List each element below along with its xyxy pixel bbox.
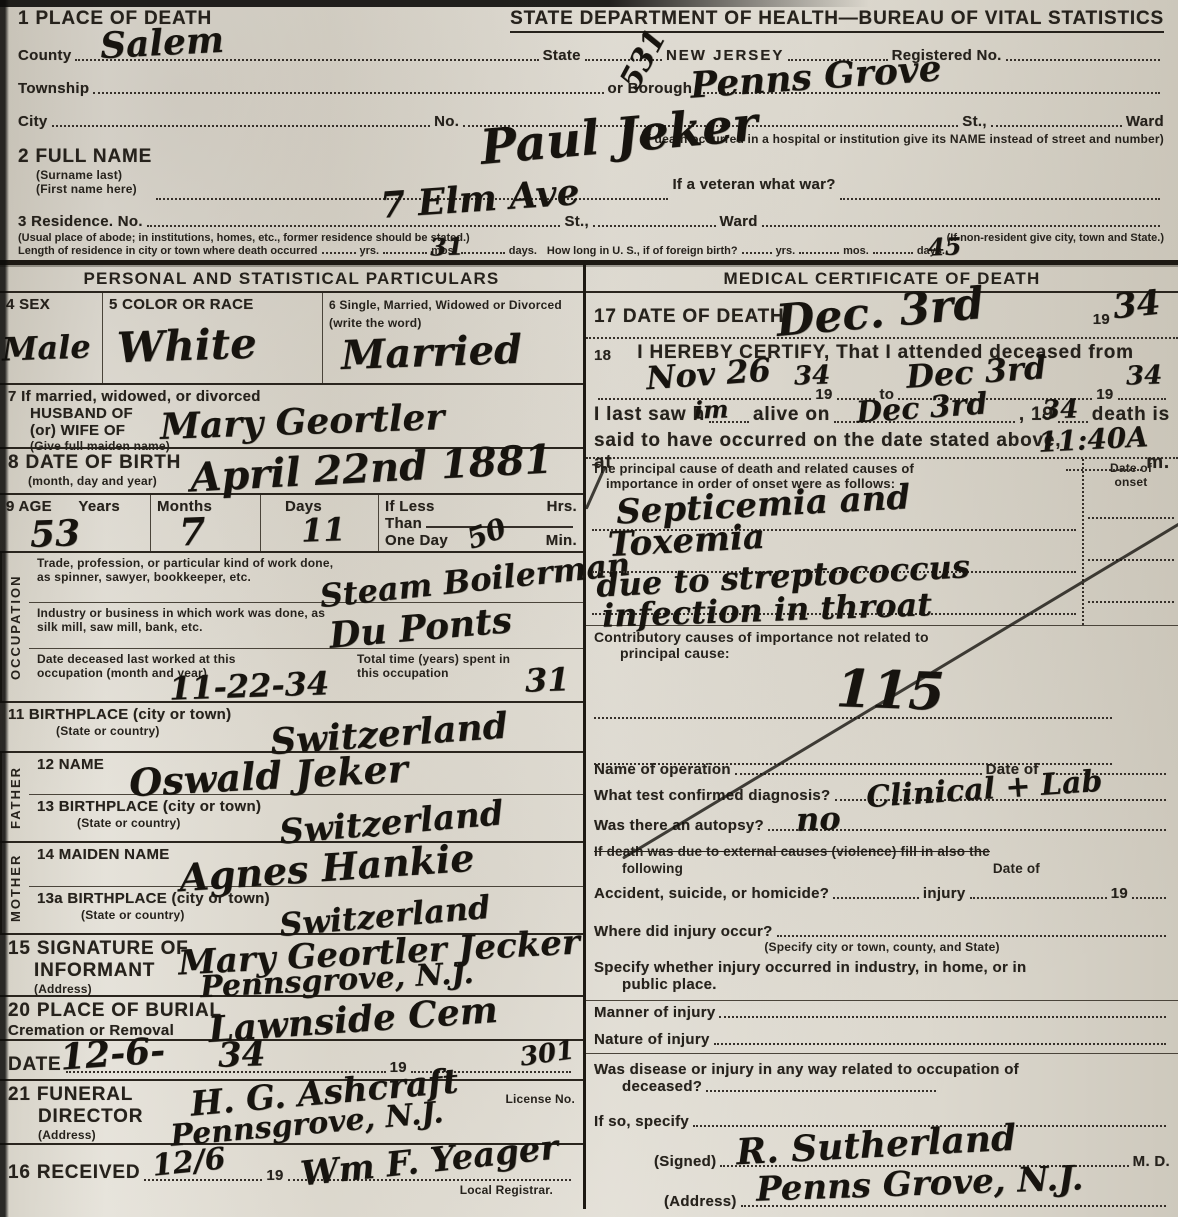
city-label: City bbox=[18, 113, 48, 130]
external-dateof: Date of bbox=[993, 861, 1040, 876]
m-label: m. bbox=[1146, 452, 1170, 474]
item13a-label: 13a BIRTHPLACE (city or town) bbox=[37, 890, 270, 907]
time-handwriting: 11:40A bbox=[1037, 420, 1149, 459]
abode-note: (Usual place of abode; in institutions, … bbox=[18, 232, 470, 244]
ifless-2: Than bbox=[385, 515, 422, 532]
days-label-1: days. bbox=[509, 245, 537, 257]
surname-note: (Surname last) bbox=[18, 168, 152, 182]
st-label: St., bbox=[962, 113, 987, 130]
date-label: DATE bbox=[8, 1054, 62, 1076]
residence-st-label: St., bbox=[564, 213, 589, 230]
state-label: State bbox=[543, 47, 581, 64]
burial-year-handwriting: 34 bbox=[217, 1034, 266, 1076]
veteran-label: If a veteran what war? bbox=[672, 176, 835, 193]
item3-label: 3 Residence. No. bbox=[18, 213, 143, 230]
specify-line2: public place. bbox=[594, 976, 1170, 993]
lastsaw-label2: alive on bbox=[753, 404, 830, 426]
dod-year-handwriting: 34 bbox=[1111, 283, 1162, 328]
lastsaw-fill-handwriting: im bbox=[694, 394, 730, 424]
medical-certificate-column: MEDICAL CERTIFICATE OF DEATH 17 DATE OF … bbox=[586, 265, 1178, 1209]
fullname-label-block: 2 FULL NAME (Surname last) (First name h… bbox=[18, 146, 152, 196]
item2-label: 2 FULL NAME bbox=[18, 146, 152, 168]
scan-edge-left bbox=[0, 0, 9, 1217]
mos-label-2: mos. bbox=[843, 245, 869, 257]
hrs-label: Hrs. bbox=[547, 498, 577, 515]
length-label: Length of residence in city or town wher… bbox=[18, 245, 318, 257]
where-note: (Specify city or town, county, and State… bbox=[764, 940, 999, 954]
marital-label: 6 Single, Married, Widowed or Divorced (… bbox=[329, 298, 562, 330]
item17-label: 17 DATE OF DEATH bbox=[594, 306, 785, 328]
related-line1: Was disease or injury in any way related… bbox=[594, 1061, 1170, 1078]
accident-label: Accident, suicide, or homicide? bbox=[594, 885, 829, 902]
residence-ward-label: Ward bbox=[720, 213, 758, 230]
item13-label: 13 BIRTHPLACE (city or town) bbox=[37, 798, 261, 815]
lastsaw-label1: I last saw h bbox=[594, 404, 705, 426]
age-years-handwriting: 53 bbox=[29, 512, 81, 556]
item16-label: 16 RECEIVED bbox=[8, 1162, 140, 1184]
item21-line1: 21 FUNERAL bbox=[8, 1084, 133, 1106]
totaltime-label: Total time (years) spent in this occupat… bbox=[357, 652, 517, 692]
department-title: STATE DEPARTMENT OF HEALTH—BUREAU OF VIT… bbox=[510, 8, 1164, 33]
dod-19: 19 bbox=[1093, 311, 1110, 328]
county-label: County bbox=[18, 47, 71, 64]
yrs-label-1: yrs. bbox=[360, 245, 380, 257]
industry-label: Industry or business in which work was d… bbox=[37, 606, 327, 634]
injury-label: injury bbox=[923, 885, 966, 902]
uslong-value-handwriting: 45 bbox=[928, 231, 962, 261]
death-certificate-scan: 1 PLACE OF DEATH STATE DEPARTMENT OF HEA… bbox=[0, 0, 1178, 1217]
specify-line1: Specify whether injury occurred in indus… bbox=[594, 959, 1170, 976]
received-19: 19 bbox=[266, 1167, 283, 1184]
age-days-handwriting: 11 bbox=[300, 510, 346, 550]
personal-particulars-column: PERSONAL AND STATISTICAL PARTICULARS 4 S… bbox=[0, 265, 586, 1209]
contrib-label1: Contributory causes of importance not re… bbox=[594, 629, 1170, 645]
ifless-3: One Day bbox=[385, 532, 448, 549]
signed-label: (Signed) bbox=[654, 1153, 716, 1170]
county-value-handwriting: Salem bbox=[99, 19, 225, 67]
years-label: Years bbox=[78, 498, 120, 515]
contrib-value-handwriting: 115 bbox=[835, 658, 946, 723]
contrib-label2: principal cause: bbox=[594, 645, 1170, 661]
item18-num: 18 bbox=[594, 347, 611, 364]
firstname-note: (First name here) bbox=[18, 182, 152, 196]
item14-label: 14 MAIDEN NAME bbox=[37, 846, 170, 863]
totaltime-handwriting: 31 bbox=[524, 660, 570, 700]
where-label: Where did injury occur? bbox=[594, 923, 773, 940]
nonresident-note: (If non-resident give city, town and Sta… bbox=[947, 232, 1164, 244]
lastsaw-year-handwriting: 34 bbox=[1041, 394, 1078, 425]
related-line2: deceased? bbox=[622, 1078, 702, 1095]
license-label: License No. bbox=[505, 1092, 575, 1106]
race-label: 5 COLOR OR RACE bbox=[109, 296, 254, 313]
address-label: (Address) bbox=[664, 1193, 737, 1210]
injury-19: 19 bbox=[1111, 885, 1128, 902]
from-year-handwriting: 34 bbox=[793, 360, 830, 391]
cause-label1: The principal cause of death and related… bbox=[592, 461, 1076, 476]
ward-label: Ward bbox=[1126, 113, 1164, 130]
no-label: No. bbox=[434, 113, 459, 130]
cause-line2-handwriting: Toxemia bbox=[607, 517, 766, 565]
place-of-death-section: 1 PLACE OF DEATH STATE DEPARTMENT OF HEA… bbox=[0, 0, 1178, 260]
sex-label: 4 SEX bbox=[6, 296, 50, 313]
lastworked-handwriting: 11-22-34 bbox=[168, 664, 329, 708]
nature-label: Nature of injury bbox=[594, 1031, 710, 1048]
township-label: Township bbox=[18, 80, 89, 97]
ifso-label: If so, specify bbox=[594, 1113, 689, 1130]
manner-label: Manner of injury bbox=[594, 1004, 715, 1021]
uslong-label: How long in U. S., if of foreign birth? bbox=[547, 245, 738, 257]
autopsy-value-handwriting: no bbox=[795, 799, 841, 839]
marital-value-handwriting: Married bbox=[340, 326, 522, 379]
left-title: PERSONAL AND STATISTICAL PARTICULARS bbox=[0, 265, 583, 293]
operation-label: Name of operation bbox=[594, 761, 731, 778]
item12-label: 12 NAME bbox=[37, 756, 104, 773]
onset-label2: onset bbox=[1088, 475, 1174, 489]
trade-label: Trade, profession, or particular kind of… bbox=[37, 556, 337, 584]
burial-date-handwriting: 12-6- bbox=[59, 1029, 167, 1078]
race-value-handwriting: White bbox=[116, 319, 257, 373]
md-label: M. D. bbox=[1133, 1153, 1170, 1170]
item11-label: 11 BIRTHPLACE (city or town) bbox=[8, 706, 231, 723]
external-line1: If death was due to external causes (vio… bbox=[594, 844, 990, 859]
ifless-1: If Less bbox=[385, 498, 435, 515]
min-label: Min. bbox=[546, 532, 577, 549]
age-months-handwriting: 7 bbox=[178, 509, 206, 555]
external-line2: following bbox=[594, 861, 683, 876]
dob-label: 8 DATE OF BIRTH bbox=[8, 452, 181, 473]
length-value-handwriting: 31 bbox=[430, 231, 464, 261]
sex-value-handwriting: Male bbox=[1, 327, 91, 368]
registrar-label: Local Registrar. bbox=[460, 1183, 553, 1197]
yrs-label-2: yrs. bbox=[776, 245, 796, 257]
to-year-handwriting: 34 bbox=[1125, 360, 1162, 391]
